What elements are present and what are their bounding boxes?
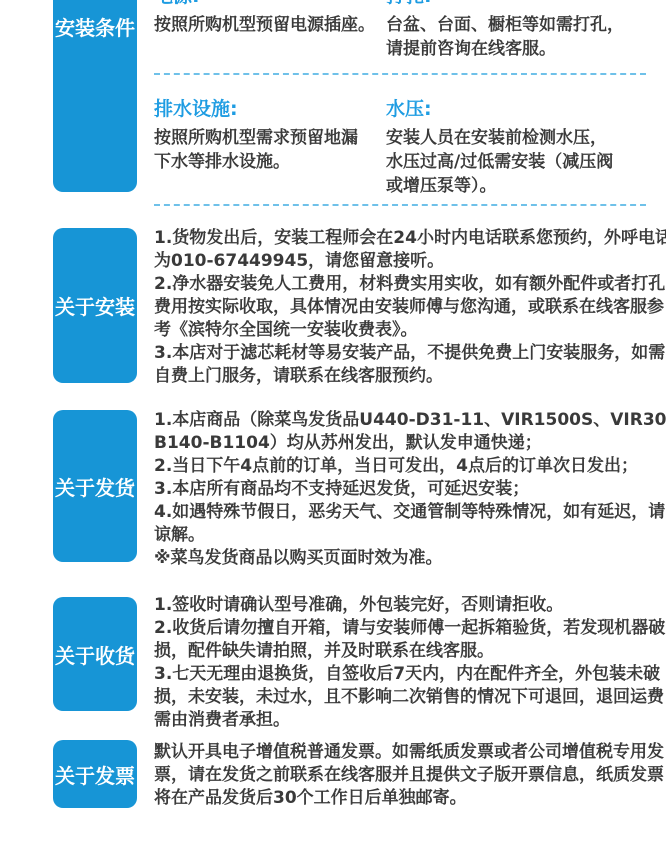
block-drainage-heading: 排水设施: xyxy=(154,97,386,121)
text-line: 下水等排水设施。 xyxy=(154,150,386,174)
section-about-shipping: 1.本店商品（除菜鸟发货品U440-D31-11、VIR1500S、VIR300… xyxy=(154,409,654,570)
section-about-install: 1.货物发出后，安装工程师会在24小时内电话联系您预约，外呼电话为010-674… xyxy=(154,227,654,388)
text-line: 需由消费者承担。 xyxy=(154,709,654,732)
section-label-text: 关于收货 xyxy=(55,640,135,669)
text-line: 1.货物发出后，安装工程师会在24小时内电话联系您预约，外呼电话 xyxy=(154,227,654,250)
text-line: 1.签收时请确认型号准确，外包装完好，否则请拒收。 xyxy=(154,594,654,617)
block-water-pressure: 水压: 安装人员在安装前检测水压，水压过高/过低需安装（减压阀或增压泵等）。 xyxy=(386,97,654,198)
section-label-text: 关于发货 xyxy=(55,472,135,501)
text-line: 将在产品发货后30个工作日后单独邮寄。 xyxy=(154,787,654,810)
dashed-divider xyxy=(154,73,646,75)
dashed-divider xyxy=(154,204,646,206)
block-power: 电源: 按照所购机型预留电源插座。 xyxy=(154,0,386,61)
text-line: 损，未安装，未过水，且不影响二次销售的情况下可退回，退回运费 xyxy=(154,686,654,709)
text-line: 3.本店对于滤芯耗材等易安装产品，不提供免费上门安装服务，如需 xyxy=(154,342,654,365)
text-line: 自费上门服务，请联系在线客服预约。 xyxy=(154,365,654,388)
block-water-pressure-heading: 水压: xyxy=(386,97,654,121)
section-about-invoice: 默认开具电子增值税普通发票。如需纸质发票或者公司增值税专用发票，请在发货之前联系… xyxy=(154,741,654,810)
block-drilling-heading: 打孔: xyxy=(386,0,654,8)
section-label-about-receiving: 关于收货 xyxy=(53,597,137,711)
text-line: 按照所购机型需求预留地漏 xyxy=(154,126,386,150)
text-line: 为010-67449945，请您留意接听。 xyxy=(154,250,654,273)
text-line: B140-B1104）均从苏州发出，默认发申通快递； xyxy=(154,432,654,455)
text-line: 或增压泵等）。 xyxy=(386,174,654,198)
block-drainage: 排水设施: 按照所购机型需求预留地漏下水等排水设施。 xyxy=(154,97,386,198)
text-line: 2.净水器安装免人工费用，材料费实用实收，如有额外配件或者打孔 xyxy=(154,273,654,296)
text-line: 1.本店商品（除菜鸟发货品U440-D31-11、VIR1500S、VIR300… xyxy=(154,409,654,432)
block-drilling: 打孔: 台盆、台面、橱柜等如需打孔，请提前咨询在线客服。 xyxy=(386,0,654,61)
section-about-receiving: 1.签收时请确认型号准确，外包装完好，否则请拒收。2.收货后请勿擅自开箱，请与安… xyxy=(154,594,654,732)
text-line: 费用按实际收取，具体情况由安装师傅与您沟通，或联系在线客服参 xyxy=(154,296,654,319)
text-line: 3.本店所有商品均不支持延迟发货，可延迟安装； xyxy=(154,478,654,501)
section-label-about-shipping: 关于发货 xyxy=(53,410,137,562)
text-line: 2.当日下午4点前的订单，当日可发出，4点后的订单次日发出； xyxy=(154,455,654,478)
block-power-text: 按照所购机型预留电源插座。 xyxy=(154,13,386,37)
text-line: 谅解。 xyxy=(154,524,654,547)
block-water-pressure-text: 安装人员在安装前检测水压，水压过高/过低需安装（减压阀或增压泵等）。 xyxy=(386,126,654,198)
text-line: 3.七天无理由退换货，自签收后7天内，内在配件齐全，外包装未破 xyxy=(154,663,654,686)
section-label-text: 关于安装 xyxy=(55,291,135,320)
text-line: ※菜鸟发货商品以购买页面时效为准。 xyxy=(154,547,654,570)
text-line: 票，请在发货之前联系在线客服并且提供文子版开票信息，纸质发票 xyxy=(154,764,654,787)
section-label-text: 关于发票 xyxy=(55,760,135,789)
text-line: 台盆、台面、橱柜等如需打孔， xyxy=(386,13,654,37)
section-label-install-conditions: 安装条件 xyxy=(53,0,137,192)
text-line: 损，配件缺失请拍照，并及时联系在线客服。 xyxy=(154,640,654,663)
section-label-about-invoice: 关于发票 xyxy=(53,740,137,808)
block-drainage-text: 按照所购机型需求预留地漏下水等排水设施。 xyxy=(154,126,386,174)
text-line: 请提前咨询在线客服。 xyxy=(386,37,654,61)
section-label-text: 安装条件 xyxy=(55,12,135,41)
block-drilling-text: 台盆、台面、橱柜等如需打孔，请提前咨询在线客服。 xyxy=(386,13,654,61)
text-line: 安装人员在安装前检测水压， xyxy=(386,126,654,150)
product-service-info-page: 安装条件 电源: 按照所购机型预留电源插座。 打孔: 台盆、台面、橱柜等如需打孔… xyxy=(0,0,666,863)
conditions-row-2: 排水设施: 按照所购机型需求预留地漏下水等排水设施。 水压: 安装人员在安装前检… xyxy=(154,97,654,198)
section-label-about-install: 关于安装 xyxy=(53,228,137,383)
text-line: 水压过高/过低需安装（减压阀 xyxy=(386,150,654,174)
conditions-row-1: 电源: 按照所购机型预留电源插座。 打孔: 台盆、台面、橱柜等如需打孔，请提前咨… xyxy=(154,0,654,61)
text-line: 按照所购机型预留电源插座。 xyxy=(154,13,386,37)
text-line: 默认开具电子增值税普通发票。如需纸质发票或者公司增值税专用发 xyxy=(154,741,654,764)
section-install-conditions: 电源: 按照所购机型预留电源插座。 打孔: 台盆、台面、橱柜等如需打孔，请提前咨… xyxy=(154,0,654,206)
text-line: 2.收货后请勿擅自开箱，请与安装师傅一起拆箱验货，若发现机器破 xyxy=(154,617,654,640)
text-line: 4.如遇特殊节假日，恶劣天气、交通管制等特殊情况，如有延迟，请 xyxy=(154,501,654,524)
text-line: 考《滨特尔全国统一安装收费表》。 xyxy=(154,319,654,342)
block-power-heading: 电源: xyxy=(154,0,386,8)
